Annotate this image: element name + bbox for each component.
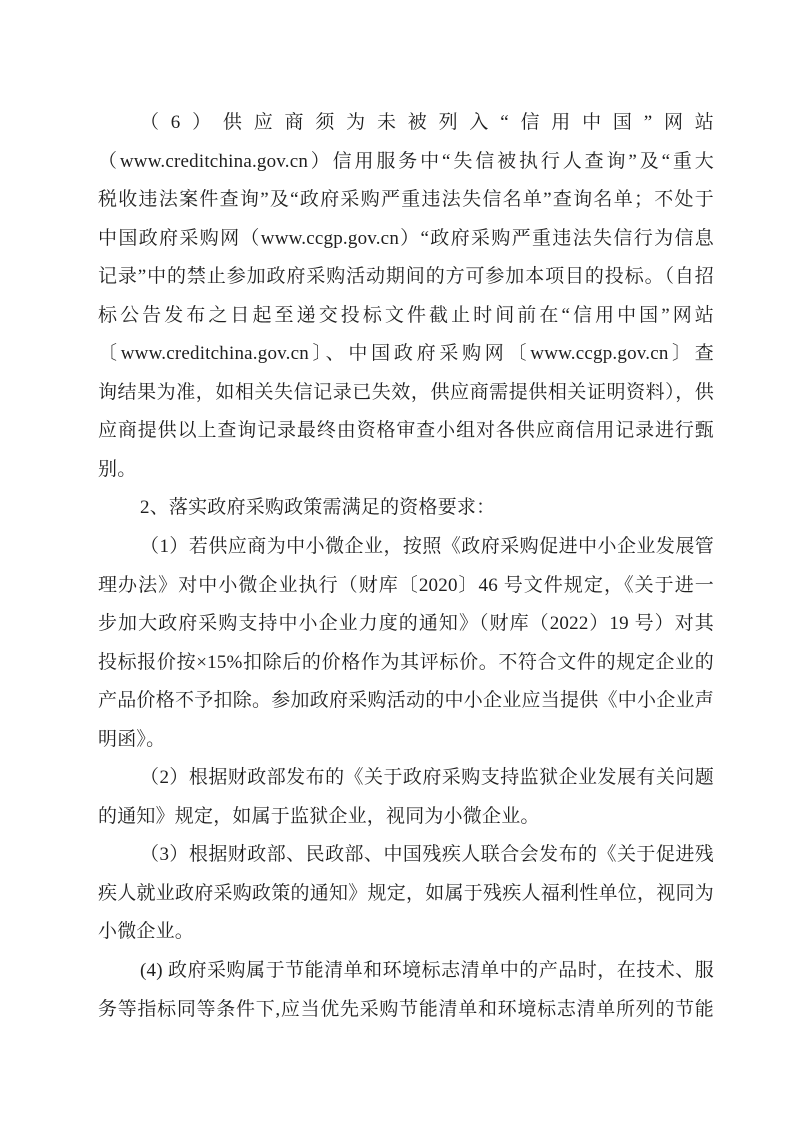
text-line: 小微企业。 bbox=[98, 913, 714, 952]
document-body: （6）供应商须为未被列入“信用中国”网站（www.creditchina.gov… bbox=[98, 104, 714, 1029]
text-line: （2）根据财政部发布的《关于政府采购支持监狱企业发展有关问题 bbox=[98, 759, 714, 798]
text-line: 务等指标同等条件下,应当优先采购节能清单和环境标志清单所列的节能 bbox=[98, 991, 714, 1030]
text-line: 标公告发布之日起至递交投标文件截止时间前在“信用中国”网站 bbox=[98, 297, 714, 336]
text-line: （3）根据财政部、民政部、中国残疾人联合会发布的《关于促进残 bbox=[98, 836, 714, 875]
text-line: 产品价格不予扣除。参加政府采购活动的中小企业应当提供《中小企业声 bbox=[98, 682, 714, 721]
document-page: （6）供应商须为未被列入“信用中国”网站（www.creditchina.gov… bbox=[0, 0, 793, 1122]
text-line: （www.creditchina.gov.cn）信用服务中“失信被执行人查询”及… bbox=[98, 143, 714, 182]
text-line: 理办法》对中小微企业执行（财库〔2020〕46 号文件规定，《关于进一 bbox=[98, 567, 714, 606]
text-line: 的通知》规定，如属于监狱企业，视同为小微企业。 bbox=[98, 798, 714, 837]
text-line: (4) 政府采购属于节能清单和环境标志清单中的产品时，在技术、服 bbox=[98, 952, 714, 991]
text-line: 中国政府采购网（www.ccgp.gov.cn）“政府采购严重违法失信行为信息 bbox=[98, 220, 714, 259]
text-line: 明函》。 bbox=[98, 721, 714, 760]
text-line: 疾人就业政府采购政策的通知》规定，如属于残疾人福利性单位，视同为 bbox=[98, 875, 714, 914]
text-line: 2、落实政府采购政策需满足的资格要求： bbox=[98, 489, 714, 528]
text-line: 税收违法案件查询”及“政府采购严重违法失信名单”查询名单；不处于 bbox=[98, 181, 714, 220]
text-line: （1）若供应商为中小微企业，按照《政府采购促进中小企业发展管 bbox=[98, 528, 714, 567]
text-line: 〔www.creditchina.gov.cn〕、中国政府采购网〔www.ccg… bbox=[98, 335, 714, 374]
text-line: （6）供应商须为未被列入“信用中国”网站 bbox=[98, 104, 714, 143]
text-line: 投标报价按×15%扣除后的价格作为其评标价。不符合文件的规定企业的 bbox=[98, 644, 714, 683]
text-line: 记录”中的禁止参加政府采购活动期间的方可参加本项目的投标。（自招 bbox=[98, 258, 714, 297]
text-line: 应商提供以上查询记录最终由资格审查小组对各供应商信用记录进行甄 bbox=[98, 412, 714, 451]
text-line: 步加大政府采购支持中小企业力度的通知》（财库（2022）19 号）对其 bbox=[98, 605, 714, 644]
text-line: 别。 bbox=[98, 451, 714, 490]
text-line: 询结果为准，如相关失信记录已失效，供应商需提供相关证明资料），供 bbox=[98, 374, 714, 413]
